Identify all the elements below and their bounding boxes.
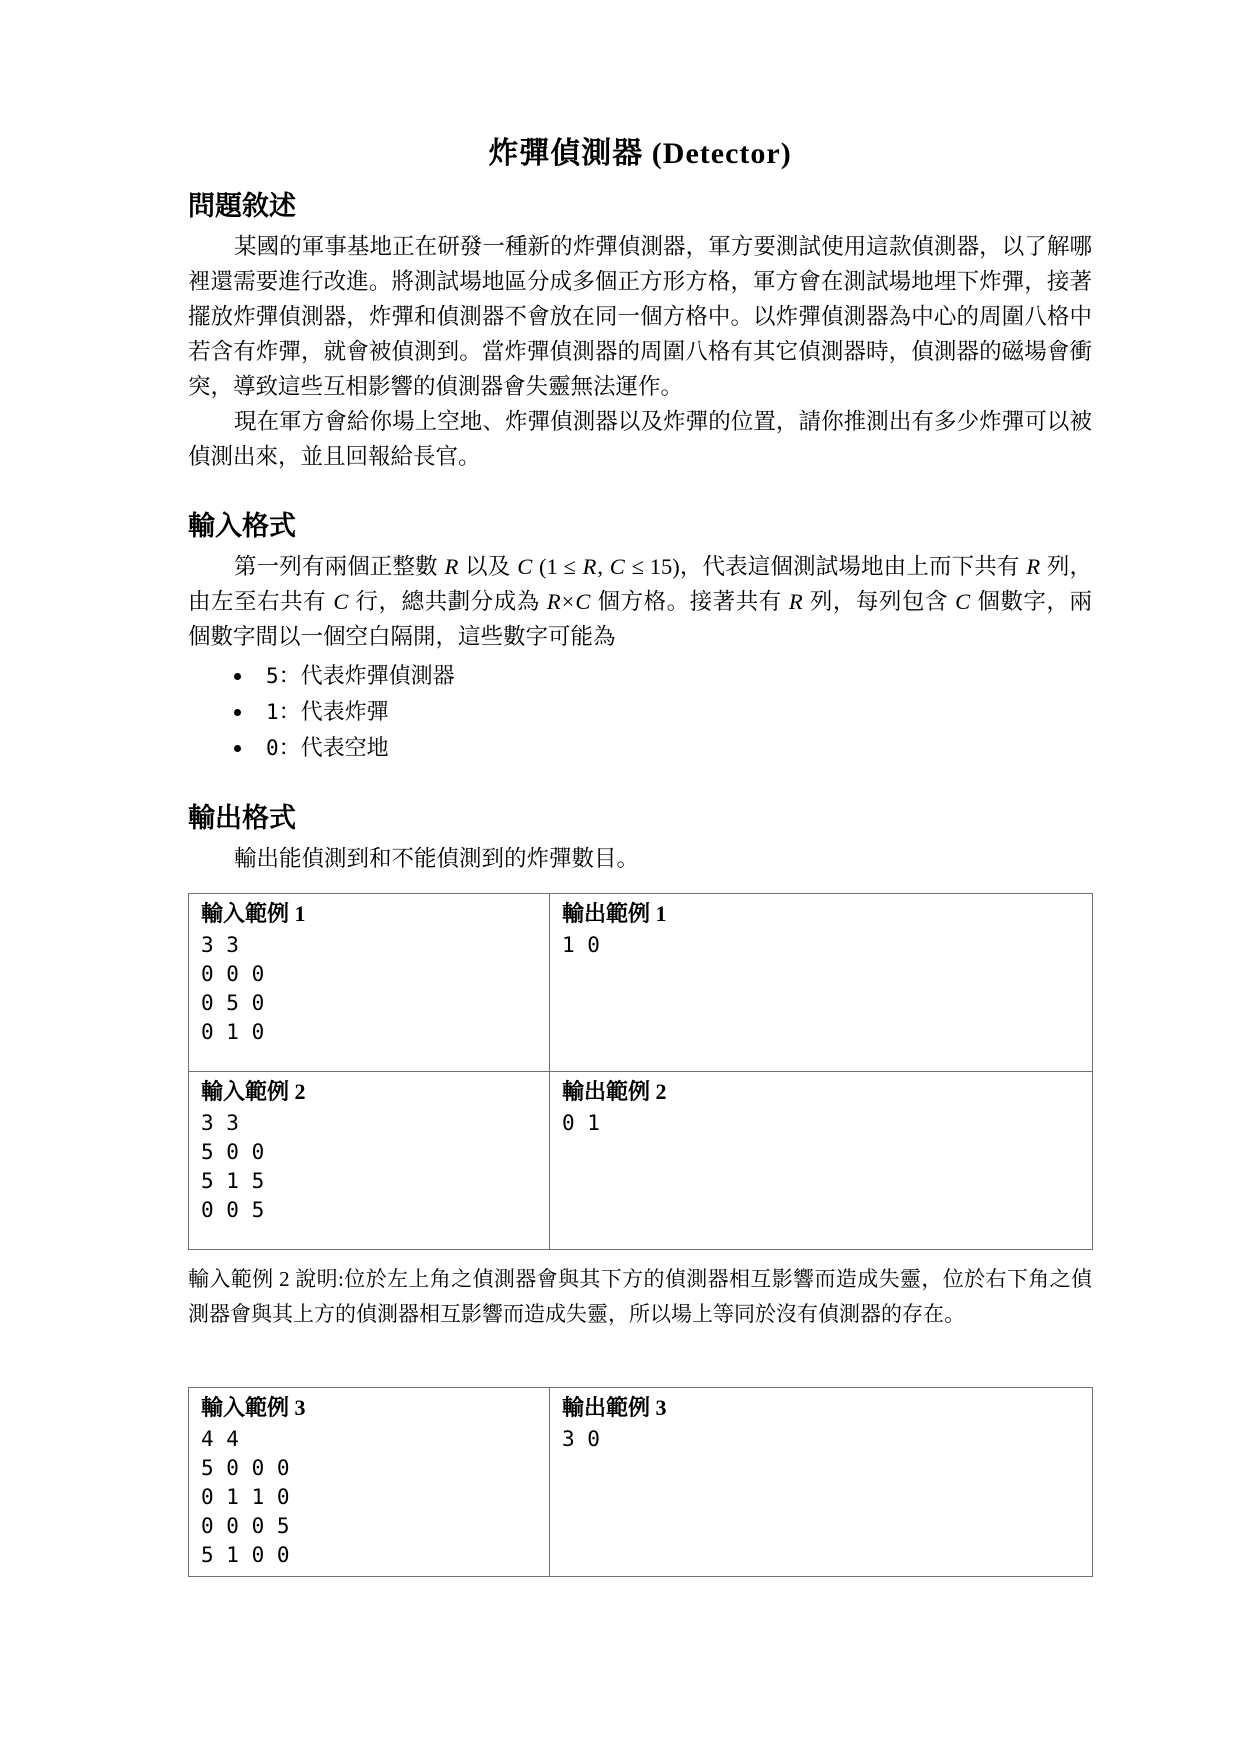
examples-table-3: 輸入範例 3 4 4 5 0 0 0 0 1 1 0 0 0 0 5 5 1 0… (188, 1387, 1093, 1577)
examples-table-1-2: 輸入範例 1 3 3 0 0 0 0 5 0 0 1 0 輸出範例 1 1 0 … (188, 893, 1093, 1250)
example-2-input-cell: 輸入範例 2 3 3 5 0 0 5 1 5 0 0 5 (189, 1072, 550, 1250)
example-3-output-data: 3 0 (562, 1425, 1080, 1454)
example-3-output-label: 輸出範例 3 (562, 1393, 1080, 1423)
problem-heading: 問題敘述 (188, 184, 1092, 223)
legend-code-empty: 0 (266, 736, 279, 760)
example-1-output-data: 1 0 (562, 931, 1080, 960)
example-2-output-cell: 輸出範例 2 0 1 (550, 1072, 1093, 1250)
legend-desc-detector: ：代表炸彈偵測器 (279, 663, 455, 688)
example-3-row: 輸入範例 3 4 4 5 0 0 0 0 1 1 0 0 0 0 5 5 1 0… (189, 1388, 1093, 1577)
section-problem: 問題敘述 某國的軍事基地正在研發一種新的炸彈偵測器，軍方要測試使用這款偵測器，以… (188, 184, 1092, 474)
value-legend-list: 5：代表炸彈偵測器 1：代表炸彈 0：代表空地 (188, 658, 1092, 766)
legend-desc-bomb: ：代表炸彈 (279, 699, 389, 724)
legend-item-bomb: 1：代表炸彈 (254, 694, 1092, 730)
example-3-output-cell: 輸出範例 3 3 0 (550, 1388, 1093, 1577)
output-format-paragraph: 輸出能偵測到和不能偵測到的炸彈數目。 (188, 841, 1092, 876)
example-2-output-label: 輸出範例 2 (562, 1077, 1080, 1107)
example-1-input-cell: 輸入範例 1 3 3 0 0 0 0 5 0 0 1 0 (189, 894, 550, 1072)
document-page: 炸彈偵測器 (Detector) 問題敘述 某國的軍事基地正在研發一種新的炸彈偵… (0, 0, 1241, 1577)
problem-paragraph-1: 某國的軍事基地正在研發一種新的炸彈偵測器，軍方要測試使用這款偵測器，以了解哪裡還… (188, 229, 1092, 404)
legend-code-bomb: 1 (266, 700, 279, 724)
output-format-heading: 輸出格式 (188, 796, 1092, 835)
example-2-note: 輸入範例 2 說明:位於左上角之偵測器會與其下方的偵測器相互影響而造成失靈，位於… (188, 1262, 1092, 1332)
section-input-format: 輸入格式 第一列有兩個正整數 R 以及 C (1 ≤ R, C ≤ 15)，代表… (188, 504, 1092, 766)
example-1-output-label: 輸出範例 1 (562, 899, 1080, 929)
example-2-input-label: 輸入範例 2 (201, 1077, 537, 1107)
section-output-format: 輸出格式 輸出能偵測到和不能偵測到的炸彈數目。 (188, 796, 1092, 876)
example-1-row: 輸入範例 1 3 3 0 0 0 0 5 0 0 1 0 輸出範例 1 1 0 (189, 894, 1093, 1072)
example-3-input-label: 輸入範例 3 (201, 1393, 537, 1423)
example-1-output-cell: 輸出範例 1 1 0 (550, 894, 1093, 1072)
document-title: 炸彈偵測器 (Detector) (188, 128, 1092, 172)
input-format-heading: 輸入格式 (188, 504, 1092, 543)
example-2-output-data: 0 1 (562, 1109, 1080, 1138)
problem-paragraph-2: 現在軍方會給你場上空地、炸彈偵測器以及炸彈的位置，請你推測出有多少炸彈可以被偵測… (188, 404, 1092, 474)
example-2-input-data: 3 3 5 0 0 5 1 5 0 0 5 (201, 1109, 537, 1225)
legend-item-detector: 5：代表炸彈偵測器 (254, 658, 1092, 694)
example-1-input-data: 3 3 0 0 0 0 5 0 0 1 0 (201, 931, 537, 1047)
example-1-input-label: 輸入範例 1 (201, 899, 537, 929)
example-3-input-data: 4 4 5 0 0 0 0 1 1 0 0 0 0 5 5 1 0 0 (201, 1425, 537, 1570)
legend-item-empty: 0：代表空地 (254, 730, 1092, 766)
legend-code-detector: 5 (266, 664, 279, 688)
example-2-row: 輸入範例 2 3 3 5 0 0 5 1 5 0 0 5 輸出範例 2 0 1 (189, 1072, 1093, 1250)
example-3-input-cell: 輸入範例 3 4 4 5 0 0 0 0 1 1 0 0 0 0 5 5 1 0… (189, 1388, 550, 1577)
input-format-paragraph: 第一列有兩個正整數 R 以及 C (1 ≤ R, C ≤ 15)，代表這個測試場… (188, 549, 1092, 654)
legend-desc-empty: ：代表空地 (279, 735, 389, 760)
